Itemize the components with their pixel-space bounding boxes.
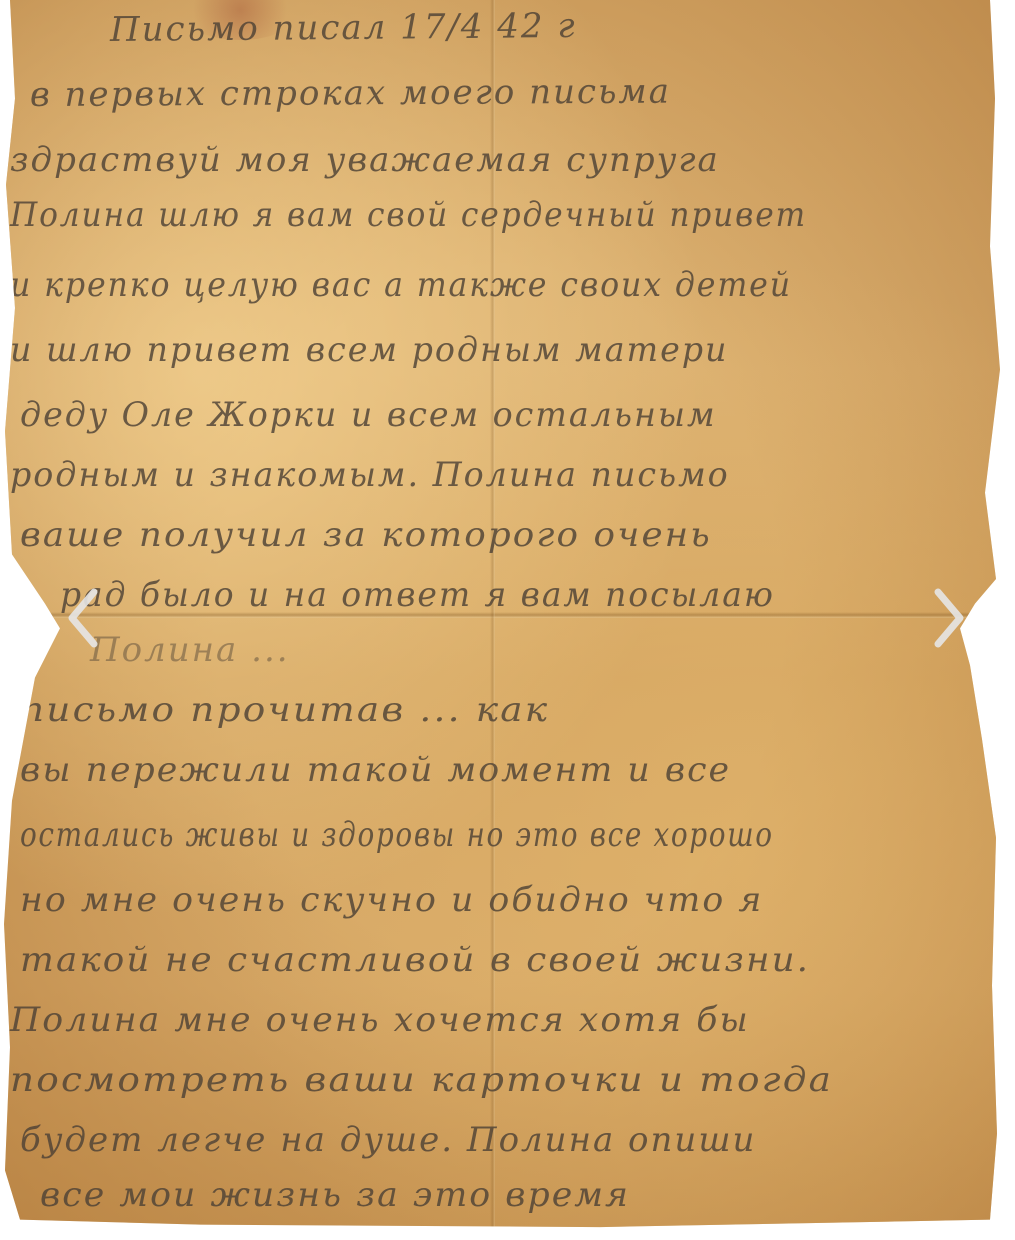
- letter-line: и шлю привет всем родным матери: [10, 330, 728, 370]
- letter-line: Полина ...: [90, 630, 290, 670]
- letter-line: здраствуй моя уважаемая супруга: [10, 140, 720, 180]
- letter-line: Письмо писал 17/4 42 г: [110, 6, 577, 50]
- letter-line: Полина мне очень хочется хотя бы: [10, 1000, 750, 1040]
- letter-line: остались живы и здоровы но это все хорош…: [20, 815, 774, 855]
- letter-line: и крепко целую вас а также своих детей: [10, 265, 792, 305]
- letter-line: родным и знакомым. Полина письмо: [10, 455, 730, 495]
- letter-line: вы пережили такой момент и все: [20, 750, 731, 790]
- next-image-button[interactable]: [928, 586, 968, 650]
- letter-line: письмо прочитав ... как: [20, 690, 549, 730]
- letter-paper: Письмо писал 17/4 42 г в первых строках …: [0, 0, 1000, 1232]
- handwritten-text: Письмо писал 17/4 42 г в первых строках …: [0, 0, 1000, 1232]
- letter-line: но мне очень скучно и обидно что я: [20, 880, 763, 920]
- letter-line: ваше получил за которого очень: [20, 515, 712, 555]
- letter-line: посмотреть ваши карточки и тогда: [10, 1060, 833, 1100]
- letter-line: будет легче на душе. Полина опиши: [20, 1120, 756, 1160]
- letter-line: в первых строках моего письма: [30, 72, 671, 115]
- letter-line: Полина шлю я вам свой сердечный привет: [10, 195, 807, 235]
- image-viewer: Письмо писал 17/4 42 г в первых строках …: [0, 0, 1015, 1240]
- letter-line: рад было и на ответ я вам посылаю: [60, 575, 775, 615]
- letter-line: все мои жизнь за это время: [40, 1175, 630, 1215]
- letter-line: деду Оле Жорки и всем остальным: [20, 395, 717, 435]
- previous-image-button[interactable]: [64, 586, 104, 650]
- letter-line: такой не счастливой в своей жизни.: [20, 940, 810, 980]
- chevron-right-icon: [928, 586, 968, 650]
- chevron-left-icon: [64, 586, 104, 650]
